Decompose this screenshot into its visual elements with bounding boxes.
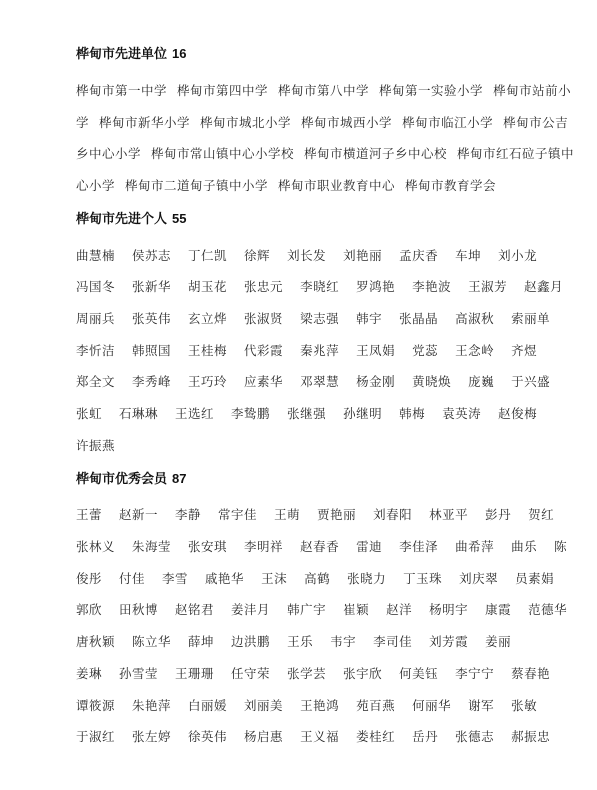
person-name: 应素华	[244, 372, 283, 390]
person-name: 王巧玲	[188, 372, 227, 390]
person-name: 张左婷	[132, 727, 171, 745]
person-name: 张敏	[511, 696, 537, 714]
person-name: 王念岭	[455, 341, 494, 359]
person-name: 李晓红	[300, 277, 339, 295]
person-name: 高鹤	[304, 569, 330, 587]
person-name: 贾艳丽	[317, 505, 356, 523]
person-name: 车坤	[455, 246, 481, 264]
unit-name-segment: 桦甸市站前小	[493, 81, 571, 99]
unit-name-segment: 桦甸市第八中学	[278, 81, 369, 99]
person-name: 戚艳华	[205, 569, 244, 587]
person-name: 谢军	[468, 696, 494, 714]
person-name: 朱艳萍	[132, 696, 171, 714]
unit-name-segment: 桦甸市城西小学	[301, 113, 392, 131]
person-name: 索丽单	[511, 309, 550, 327]
person-name: 黄晓焕	[412, 372, 451, 390]
section-excellent-members: 桦甸市优秀会员87 王蕾赵新一李静常宇佳王萌贾艳丽刘春阳林亚平彭丹贺红张林义朱海…	[76, 469, 529, 753]
person-name: 王沫	[261, 569, 287, 587]
person-name: 张忠元	[244, 277, 283, 295]
person-name: 石琳琳	[119, 404, 158, 422]
section-count: 16	[172, 46, 186, 61]
person-name: 胡玉花	[188, 277, 227, 295]
person-name: 郑全文	[76, 372, 115, 390]
person-name: 王选红	[175, 404, 214, 422]
person-name: 张宇欣	[343, 664, 382, 682]
person-name: 于兴盛	[511, 372, 550, 390]
unit-line: 学桦甸市新华小学桦甸市城北小学桦甸市城西小学桦甸市临江小学桦甸市公吉	[76, 106, 529, 138]
person-name: 罗鸿艳	[356, 277, 395, 295]
unit-name-segment: 桦甸市临江小学	[402, 113, 493, 131]
person-name: 张继强	[287, 404, 326, 422]
person-name: 赵鑫月	[524, 277, 563, 295]
person-name: 苑百燕	[356, 696, 395, 714]
person-name: 张晓力	[347, 569, 386, 587]
person-name: 韩梅	[399, 404, 425, 422]
person-name: 李司佳	[373, 632, 412, 650]
person-name: 田秋博	[119, 600, 158, 618]
person-name: 郝振忠	[511, 727, 550, 745]
section-count: 55	[172, 211, 186, 226]
person-name: 韦宇	[330, 632, 356, 650]
person-name: 曲慧楠	[76, 246, 115, 264]
person-name: 高淑秋	[455, 309, 494, 327]
person-name: 张淑贤	[244, 309, 283, 327]
person-name: 李鸷鹏	[231, 404, 270, 422]
person-name: 庞巍	[468, 372, 494, 390]
section-title-excellent-members: 桦甸市优秀会员87	[76, 469, 529, 489]
person-name: 员素娟	[515, 569, 554, 587]
person-name: 王义福	[300, 727, 339, 745]
person-name: 常宇佳	[218, 505, 257, 523]
unit-name-segment: 桦甸市职业教育中心	[278, 176, 395, 194]
section-title-advanced-units: 桦甸市先进单位16	[76, 44, 529, 64]
section-count: 87	[172, 471, 186, 486]
person-name: 张林义	[76, 537, 115, 555]
person-name: 李明祥	[244, 537, 283, 555]
person-name: 王淑芳	[468, 277, 507, 295]
name-line: 许振燕	[76, 429, 529, 461]
unit-line: 心小学桦甸市二道甸子镇中小学桦甸市职业教育中心桦甸市教育学会	[76, 169, 529, 201]
person-name: 张晶晶	[399, 309, 438, 327]
unit-name-segment: 桦甸市横道河子乡中心校	[304, 144, 447, 162]
person-name: 杨明宇	[429, 600, 468, 618]
person-name: 袁英涛	[442, 404, 481, 422]
person-name: 刘小龙	[498, 246, 537, 264]
person-name: 刘长发	[287, 246, 326, 264]
person-name: 周丽兵	[76, 309, 115, 327]
person-name: 李静	[175, 505, 201, 523]
person-name: 杨启惠	[244, 727, 283, 745]
name-line: 俊彤付佳李雪戚艳华王沫高鹤张晓力丁玉珠刘庆翠员素娟	[76, 562, 529, 594]
unit-name-segment: 桦甸市教育学会	[405, 176, 496, 194]
person-name: 丁仁凯	[188, 246, 227, 264]
person-name: 王桂梅	[188, 341, 227, 359]
person-name: 赵春香	[300, 537, 339, 555]
person-name: 李佳泽	[399, 537, 438, 555]
unit-line: 桦甸市第一中学桦甸市第四中学桦甸市第八中学桦甸第一实验小学桦甸市站前小	[76, 74, 529, 106]
unit-name-segment: 学	[76, 113, 89, 131]
person-name: 赵洋	[386, 600, 412, 618]
name-line: 郭欣田秋博赵铭君姜沣月韩广宇崔颖赵洋杨明宇康霞范德华	[76, 594, 529, 626]
person-name: 康霞	[485, 600, 511, 618]
document-page: 桦甸市先进单位16 桦甸市第一中学桦甸市第四中学桦甸市第八中学桦甸第一实验小学桦…	[0, 0, 597, 752]
person-name: 韩照国	[132, 341, 171, 359]
person-name: 孟庆香	[399, 246, 438, 264]
section-title-advanced-individuals: 桦甸市先进个人55	[76, 209, 529, 229]
name-line: 唐秋颖陈立华薛坤边洪鹏王乐韦宇李司佳刘芳霞姜丽	[76, 625, 529, 657]
unit-name-segment: 桦甸市公吉	[503, 113, 568, 131]
person-name: 朱海莹	[132, 537, 171, 555]
person-name: 张虹	[76, 404, 102, 422]
person-name: 徐辉	[244, 246, 270, 264]
name-line: 谭筱源朱艳萍白丽媛刘丽美王艳鸿苑百燕何丽华谢军张敏	[76, 689, 529, 721]
person-name: 王蕾	[76, 505, 102, 523]
person-name: 杨金刚	[356, 372, 395, 390]
person-name: 孙继明	[343, 404, 382, 422]
person-name: 姜沣月	[231, 600, 270, 618]
unit-list: 桦甸市第一中学桦甸市第四中学桦甸市第八中学桦甸第一实验小学桦甸市站前小学桦甸市新…	[76, 74, 529, 201]
person-name: 韩宇	[356, 309, 382, 327]
person-name: 梁志强	[300, 309, 339, 327]
section-advanced-individuals: 桦甸市先进个人55 曲慧楠侯苏志丁仁凯徐辉刘长发刘艳丽孟庆香车坤刘小龙冯国冬张新…	[76, 209, 529, 461]
person-name: 雷迪	[356, 537, 382, 555]
section-title-text: 桦甸市优秀会员	[76, 471, 167, 486]
person-name: 张学芸	[287, 664, 326, 682]
person-name: 李秀峰	[132, 372, 171, 390]
person-name: 赵铭君	[175, 600, 214, 618]
person-name: 韩广宇	[287, 600, 326, 618]
unit-name-segment: 桦甸市城北小学	[200, 113, 291, 131]
person-name: 李宁宁	[455, 664, 494, 682]
person-name: 秦兆萍	[300, 341, 339, 359]
person-name: 张安琪	[188, 537, 227, 555]
person-name: 邓翠慧	[300, 372, 339, 390]
person-name: 赵俊梅	[498, 404, 537, 422]
person-name: 刘春阳	[373, 505, 412, 523]
person-name: 党蕊	[412, 341, 438, 359]
person-name: 侯苏志	[132, 246, 171, 264]
person-name: 代彩霞	[244, 341, 283, 359]
person-name: 冯国冬	[76, 277, 115, 295]
name-line: 姜琳孙雪莹王珊珊任守荣张学芸张宇欣何美钰李宁宁蔡春艳	[76, 657, 529, 689]
name-line: 周丽兵张英伟玄立烨张淑贤梁志强韩宇张晶晶高淑秋索丽单	[76, 302, 529, 334]
person-name: 何丽华	[412, 696, 451, 714]
person-name: 曲希萍	[455, 537, 494, 555]
name-list: 曲慧楠侯苏志丁仁凯徐辉刘长发刘艳丽孟庆香车坤刘小龙冯国冬张新华胡玉花张忠元李晓红…	[76, 239, 529, 461]
person-name: 崔颖	[343, 600, 369, 618]
person-name: 刘丽美	[244, 696, 283, 714]
person-name: 于淑红	[76, 727, 115, 745]
unit-name-segment: 桦甸市二道甸子镇中小学	[125, 176, 268, 194]
unit-name-segment: 桦甸市第一中学	[76, 81, 167, 99]
unit-line: 乡中心小学桦甸市常山镇中心小学校桦甸市横道河子乡中心校桦甸市红石砬子镇中	[76, 137, 529, 169]
person-name: 付佳	[119, 569, 145, 587]
person-name: 许振燕	[76, 436, 115, 454]
person-name: 陈	[554, 537, 567, 555]
person-name: 岳丹	[412, 727, 438, 745]
person-name: 曲乐	[511, 537, 537, 555]
person-name: 徐英伟	[188, 727, 227, 745]
person-name: 娄桂红	[356, 727, 395, 745]
name-line: 曲慧楠侯苏志丁仁凯徐辉刘长发刘艳丽孟庆香车坤刘小龙	[76, 239, 529, 271]
person-name: 孙雪莹	[119, 664, 158, 682]
person-name: 刘艳丽	[343, 246, 382, 264]
person-name: 王珊珊	[175, 664, 214, 682]
unit-name-segment: 乡中心小学	[76, 144, 141, 162]
unit-name-segment: 桦甸市新华小学	[99, 113, 190, 131]
person-name: 李艳波	[412, 277, 451, 295]
person-name: 唐秋颖	[76, 632, 115, 650]
name-line: 于淑红张左婷徐英伟杨启惠王义福娄桂红岳丹张德志郝振忠	[76, 720, 529, 752]
person-name: 刘芳霞	[429, 632, 468, 650]
person-name: 赵新一	[119, 505, 158, 523]
name-line: 张林义朱海莹张安琪李明祥赵春香雷迪李佳泽曲希萍曲乐陈	[76, 530, 529, 562]
person-name: 王艳鸿	[300, 696, 339, 714]
person-name: 王萌	[274, 505, 300, 523]
person-name: 王凤娟	[356, 341, 395, 359]
unit-name-segment: 桦甸市常山镇中心小学校	[151, 144, 294, 162]
person-name: 谭筱源	[76, 696, 115, 714]
name-line: 郑全文李秀峰王巧玲应素华邓翠慧杨金刚黄晓焕庞巍于兴盛	[76, 366, 529, 398]
person-name: 李忻洁	[76, 341, 115, 359]
person-name: 陈立华	[132, 632, 171, 650]
name-line: 李忻洁韩照国王桂梅代彩霞秦兆萍王凤娟党蕊王念岭齐煜	[76, 334, 529, 366]
person-name: 薛坤	[188, 632, 214, 650]
person-name: 贺红	[528, 505, 554, 523]
person-name: 丁玉珠	[403, 569, 442, 587]
name-line: 冯国冬张新华胡玉花张忠元李晓红罗鸿艳李艳波王淑芳赵鑫月	[76, 270, 529, 302]
person-name: 玄立烨	[188, 309, 227, 327]
section-advanced-units: 桦甸市先进单位16 桦甸市第一中学桦甸市第四中学桦甸市第八中学桦甸第一实验小学桦…	[76, 44, 529, 201]
person-name: 蔡春艳	[511, 664, 550, 682]
person-name: 郭欣	[76, 600, 102, 618]
person-name: 王乐	[287, 632, 313, 650]
person-name: 李雪	[162, 569, 188, 587]
section-title-text: 桦甸市先进单位	[76, 46, 167, 61]
person-name: 白丽媛	[188, 696, 227, 714]
person-name: 张新华	[132, 277, 171, 295]
unit-name-segment: 桦甸市红石砬子镇中	[457, 144, 574, 162]
person-name: 彭丹	[485, 505, 511, 523]
person-name: 刘庆翠	[459, 569, 498, 587]
unit-name-segment: 心小学	[76, 176, 115, 194]
person-name: 张英伟	[132, 309, 171, 327]
person-name: 姜丽	[485, 632, 511, 650]
name-line: 王蕾赵新一李静常宇佳王萌贾艳丽刘春阳林亚平彭丹贺红	[76, 499, 529, 531]
name-list: 王蕾赵新一李静常宇佳王萌贾艳丽刘春阳林亚平彭丹贺红张林义朱海莹张安琪李明祥赵春香…	[76, 499, 529, 753]
person-name: 齐煜	[511, 341, 537, 359]
person-name: 范德华	[528, 600, 567, 618]
person-name: 任守荣	[231, 664, 270, 682]
person-name: 俊彤	[76, 569, 102, 587]
person-name: 何美钰	[399, 664, 438, 682]
person-name: 边洪鹏	[231, 632, 270, 650]
section-title-text: 桦甸市先进个人	[76, 211, 167, 226]
person-name: 姜琳	[76, 664, 102, 682]
unit-name-segment: 桦甸市第四中学	[177, 81, 268, 99]
person-name: 张德志	[455, 727, 494, 745]
person-name: 林亚平	[429, 505, 468, 523]
unit-name-segment: 桦甸第一实验小学	[379, 81, 483, 99]
name-line: 张虹石琳琳王选红李鸷鹏张继强孙继明韩梅袁英涛赵俊梅	[76, 397, 529, 429]
